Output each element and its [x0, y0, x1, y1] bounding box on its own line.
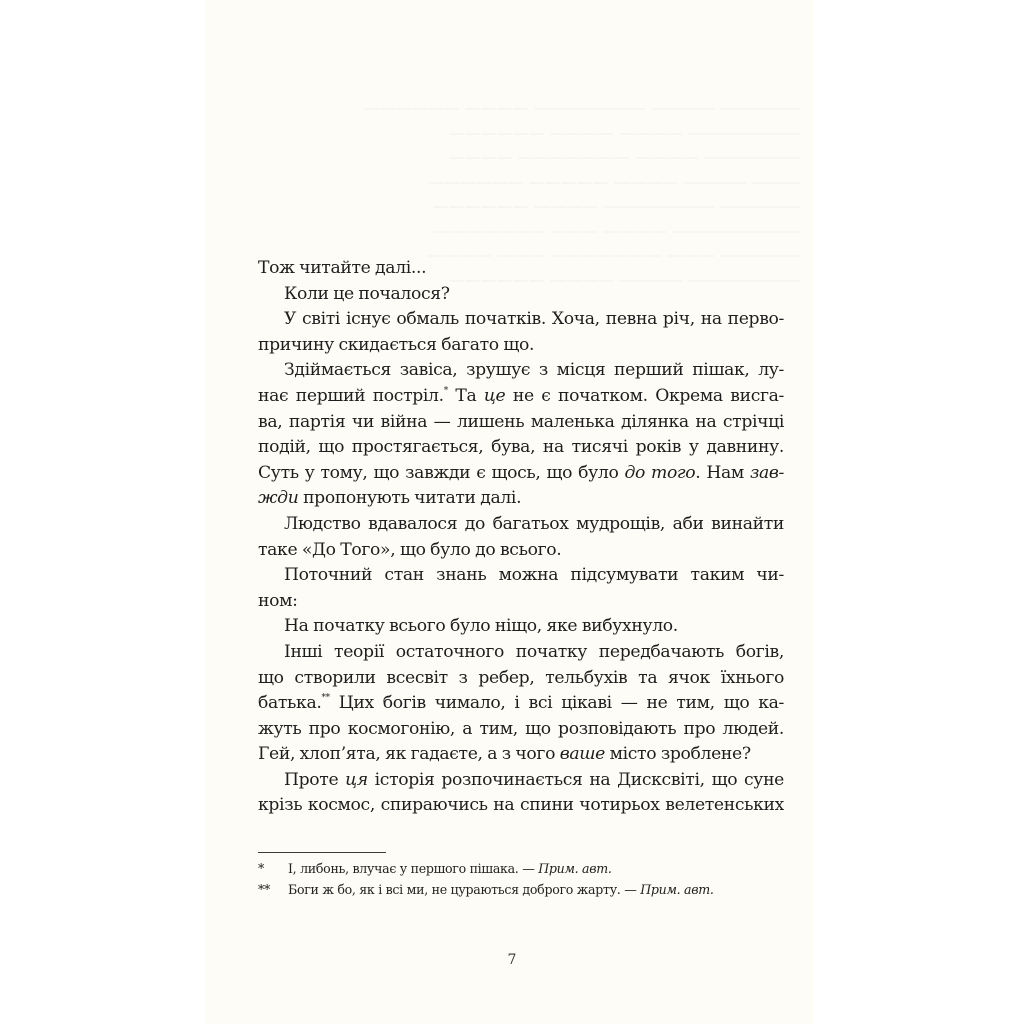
text-run: нає перший постріл. — [258, 386, 444, 406]
text-line: Здіймається завіса, зрушує з місця перши… — [258, 358, 784, 384]
footnotes: *І, либонь, влучає у першого пішака. — П… — [258, 858, 784, 900]
text-line: нає перший постріл.* Та це не є початком… — [258, 384, 784, 410]
text-line: жуть про космогонію, а тим, що розповіда… — [258, 717, 784, 743]
text-line: батька.** Цих богів чимало, і всі цікаві… — [258, 691, 784, 717]
text-line: Коли це почалося? — [258, 282, 784, 308]
emphasis: це — [484, 386, 505, 406]
footnote-attribution: Прим. авт. — [538, 861, 611, 876]
text-line: Людство вдавалося до багатьох мудрощів, … — [258, 512, 784, 538]
text-line: Тож читайте далі... — [258, 256, 784, 282]
footnote-text: І, либонь, влучає у першого пішака. — Пр… — [288, 858, 612, 879]
text-line: Суть у тому, що завжди є щось, що було д… — [258, 461, 784, 487]
emphasis: зав- — [750, 463, 784, 483]
text-run: не є початком. Окрема висга- — [505, 386, 784, 406]
text-run: Та — [448, 386, 484, 406]
text-line: На початку всього було ніщо, яке вибухну… — [258, 614, 784, 640]
text-line: Гей, хлоп’ята, як гадаєте, а з чого ваше… — [258, 742, 784, 768]
text-run: батька. — [258, 693, 321, 713]
text-line: Проте ця історія розпочинається на Дискс… — [258, 768, 784, 794]
emphasis: ваше — [560, 744, 605, 764]
text-line: ном: — [258, 589, 784, 615]
text-line: що створили всесвіт з ребер, тельбухів т… — [258, 666, 784, 692]
emphasis: до того — [624, 463, 695, 483]
text-run: Суть у тому, що завжди є щось, що було — [258, 463, 624, 483]
text-run: місто зроблене? — [605, 744, 751, 764]
text-line: ва, партія чи війна — лишень маленька ді… — [258, 410, 784, 436]
footnote-marker: ** — [321, 693, 329, 703]
footnote-text: Боги ж бо, як і всі ми, не цураються доб… — [288, 879, 714, 900]
emphasis: жди — [258, 488, 298, 508]
text-line: Інші теорії остаточного початку передбач… — [258, 640, 784, 666]
footnote-divider — [258, 852, 386, 853]
footnote: **Боги ж бо, як і всі ми, не цураються д… — [258, 879, 784, 900]
text-run: . Нам — [695, 463, 750, 483]
footnote-attribution: Прим. авт. — [640, 882, 713, 897]
footnote-mark: * — [258, 858, 288, 879]
text-run: пропонують читати далі. — [298, 488, 521, 508]
text-line: таке «До Того», що було до всього. — [258, 538, 784, 564]
text-line: Поточний стан знань можна підсумувати та… — [258, 563, 784, 589]
text-line: подій, що простягається, бува, на тисячі… — [258, 435, 784, 461]
body-text: Тож читайте далі...Коли це почалося?У св… — [258, 256, 784, 819]
text-line: жди пропонують читати далі. — [258, 486, 784, 512]
footnote-mark: ** — [258, 879, 288, 900]
text-run: історія розпочинається на Дисксвіті, що … — [368, 770, 784, 790]
text-line: причину скидається багато що. — [258, 333, 784, 359]
text-line: крізь космос, спираючись на спини чотирь… — [258, 793, 784, 819]
text-line: У світі існує обмаль початків. Хоча, пев… — [258, 307, 784, 333]
text-run: Гей, хлоп’ята, як гадаєте, а з чого — [258, 744, 560, 764]
text-run: Проте — [284, 770, 345, 790]
page-number: 7 — [500, 952, 524, 968]
emphasis: ця — [345, 770, 368, 790]
footnote: *І, либонь, влучає у першого пішака. — П… — [258, 858, 784, 879]
text-run: Цих богів чимало, і всі цікаві — не тим,… — [330, 693, 784, 713]
